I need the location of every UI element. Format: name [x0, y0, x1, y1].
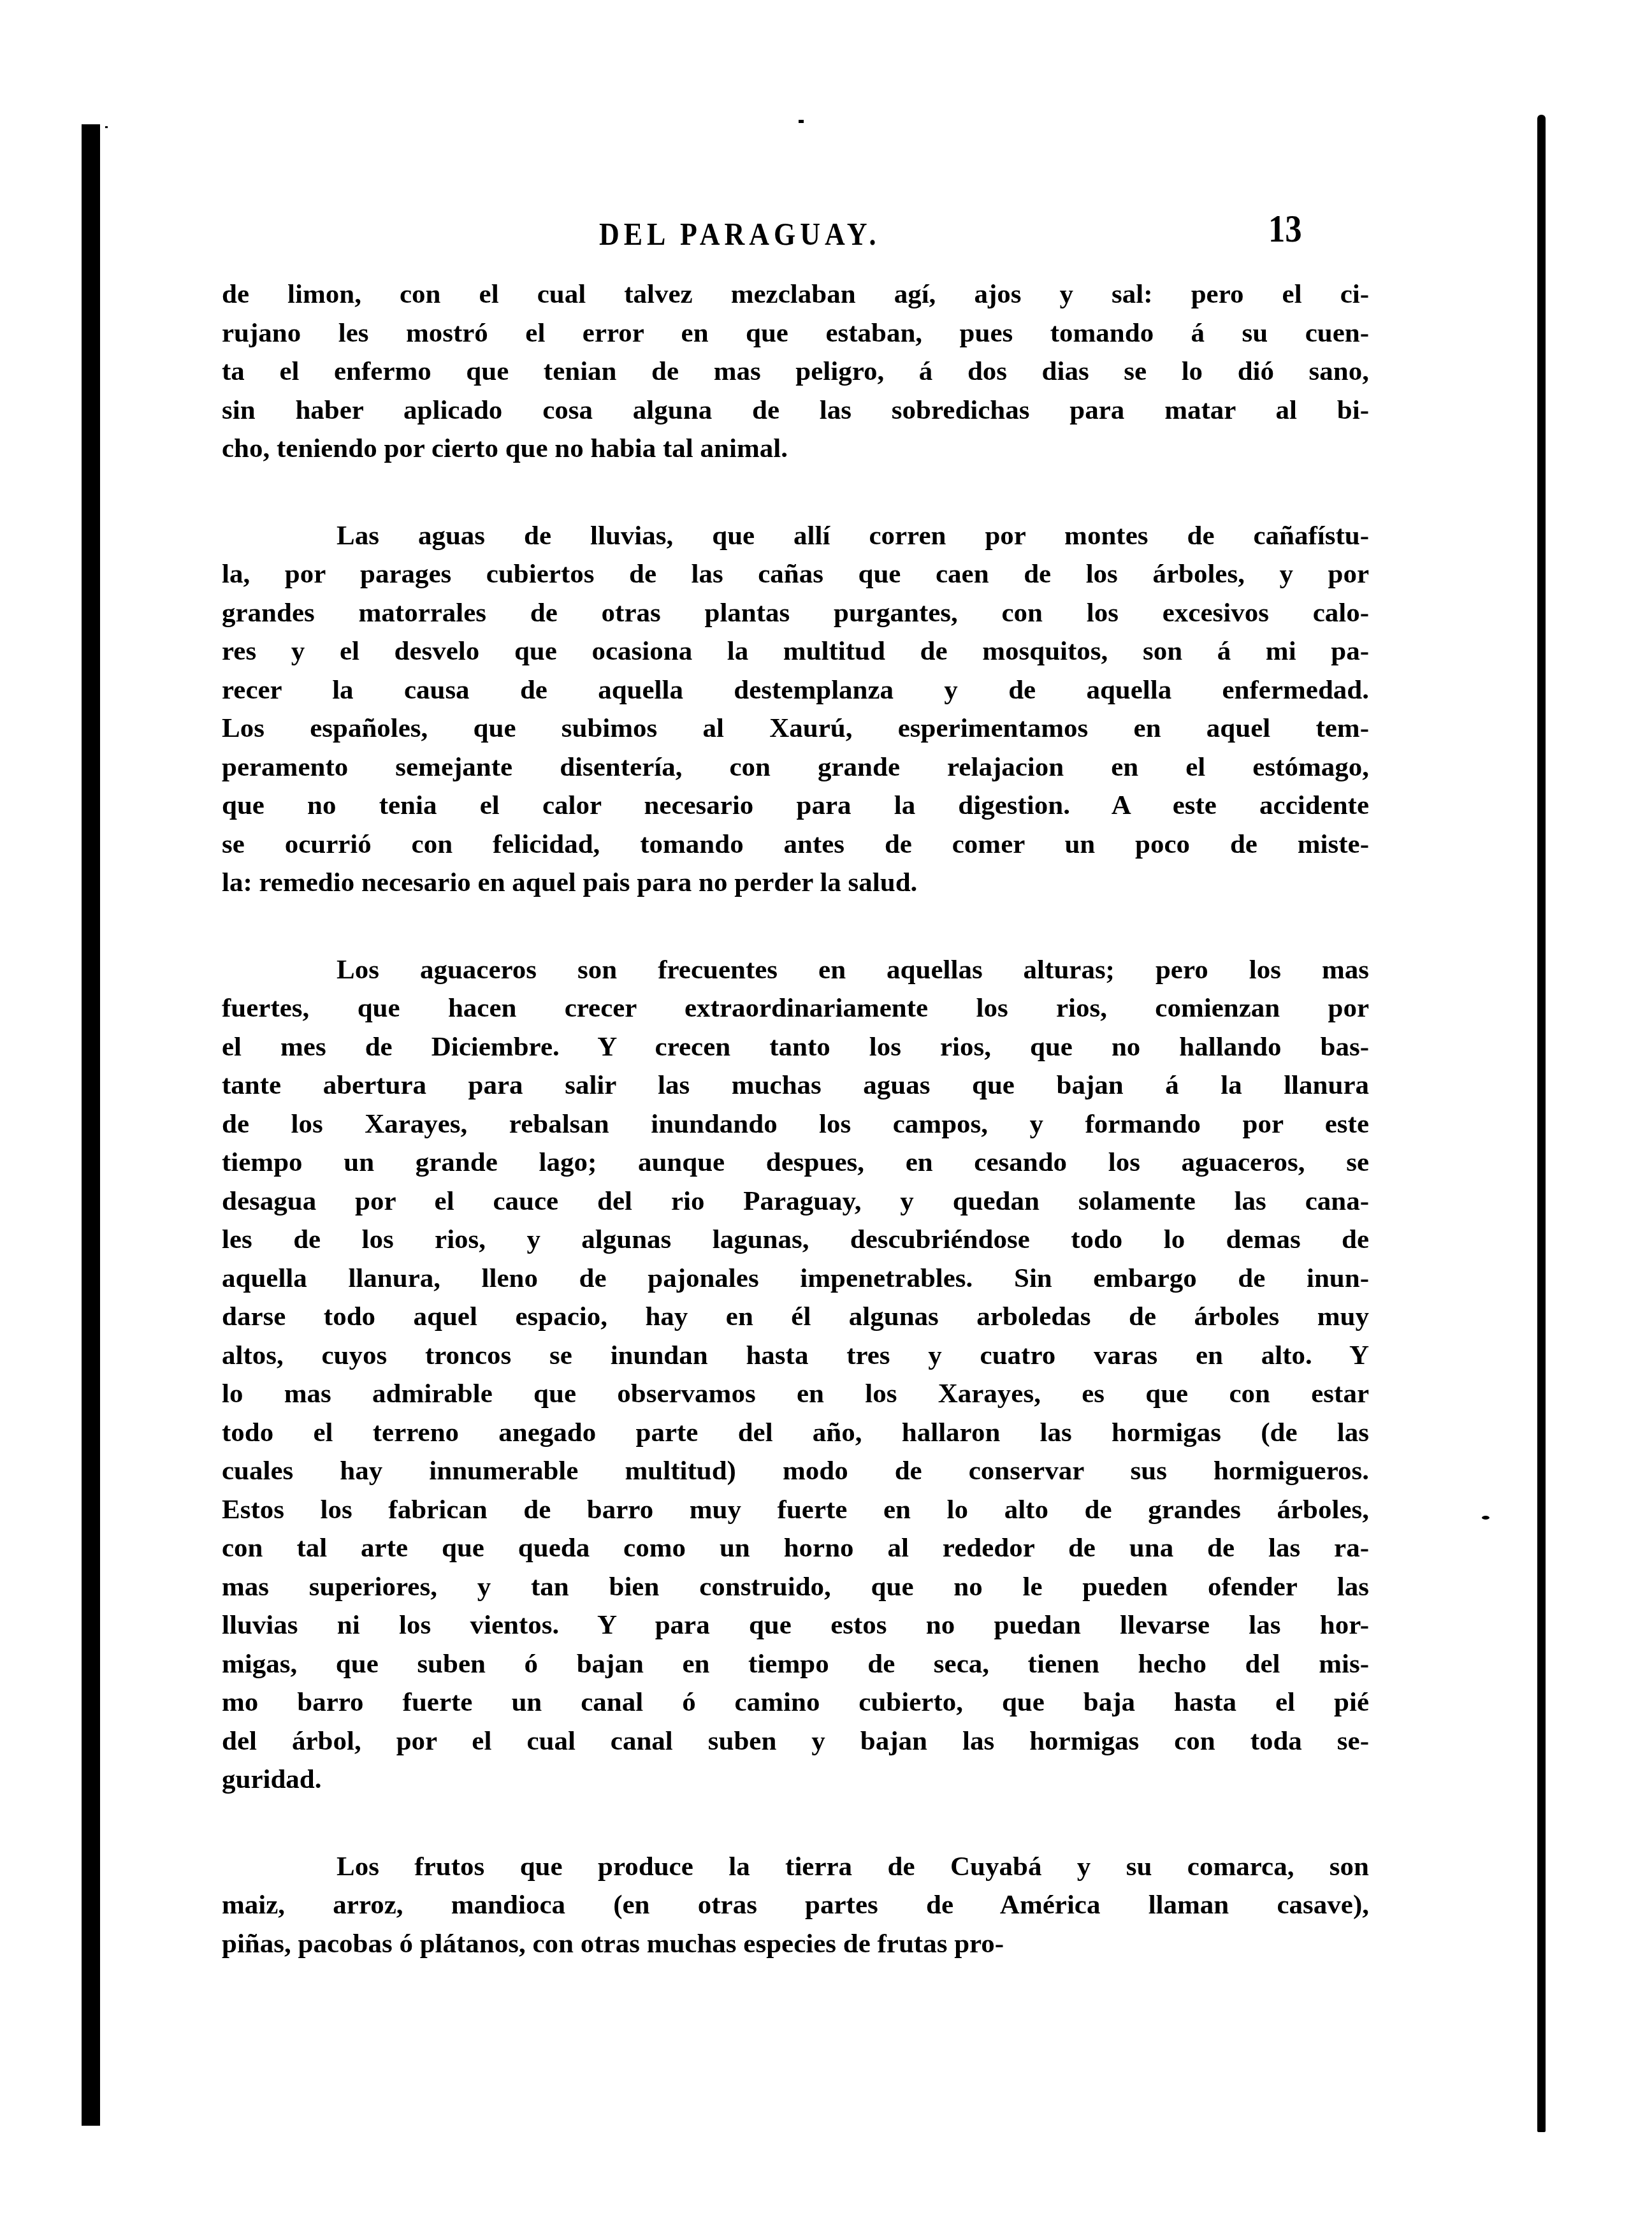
text-line: Los frutos que produce la tierra de Cuya…: [222, 1848, 1369, 1887]
text-line: peramento semejante disentería, con gran…: [222, 748, 1369, 787]
paragraph: Las aguas de lluvias, que allí corren po…: [222, 517, 1369, 903]
left-page-edge-shadow: [82, 124, 100, 2126]
text-line: cuales hay innumerable multitud) modo de…: [222, 1452, 1369, 1491]
page-number: 13: [1268, 207, 1302, 252]
text-line: mo barro fuerte un canal ó camino cubier…: [222, 1683, 1369, 1722]
text-line: grandes matorrales de otras plantas purg…: [222, 594, 1369, 633]
text-line: Las aguas de lluvias, que allí corren po…: [222, 517, 1369, 556]
scan-speck: [105, 126, 108, 128]
page-header: DEL PARAGUAY. 13: [0, 210, 1652, 261]
text-line: de los Xarayes, rebalsan inundando los c…: [222, 1105, 1369, 1144]
text-line: mas superiores, y tan bien construido, q…: [222, 1568, 1369, 1607]
text-line: piñas, pacobas ó plátanos, con otras muc…: [222, 1925, 1369, 1964]
text-line: lo mas admirable que observamos en los X…: [222, 1375, 1369, 1414]
text-line: altos, cuyos troncos se inundan hasta tr…: [222, 1337, 1369, 1376]
paragraph-spacing: [222, 468, 1369, 517]
text-line: tiempo un grande lago; aunque despues, e…: [222, 1143, 1369, 1182]
text-line: Los españoles, que subimos al Xaurú, esp…: [222, 709, 1369, 748]
paragraph-spacing: [222, 903, 1369, 951]
scan-speck: [799, 120, 804, 123]
text-line: guridad.: [222, 1760, 1369, 1799]
paragraph: Los aguaceros son frecuentes en aquellas…: [222, 951, 1369, 1799]
paragraph: Los frutos que produce la tierra de Cuya…: [222, 1848, 1369, 1964]
text-line: sin haber aplicado cosa alguna de las so…: [222, 391, 1369, 430]
text-line: Estos los fabrican de barro muy fuerte e…: [222, 1491, 1369, 1530]
text-line: del árbol, por el cual canal suben y baj…: [222, 1722, 1369, 1761]
text-line: cho, teniendo por cierto que no habia ta…: [222, 430, 1369, 468]
text-line: ta el enfermo que tenian de mas peligro,…: [222, 352, 1369, 391]
text-line: tante abertura para salir las muchas agu…: [222, 1066, 1369, 1105]
text-line: migas, que suben ó bajan en tiempo de se…: [222, 1645, 1369, 1684]
text-line: recer la causa de aquella destemplanza y…: [222, 671, 1369, 710]
text-line: les de los rios, y algunas lagunas, desc…: [222, 1221, 1369, 1260]
text-line: darse todo aquel espacio, hay en él algu…: [222, 1298, 1369, 1337]
text-line: la, por parages cubiertos de las cañas q…: [222, 555, 1369, 594]
text-line: con tal arte que queda como un horno al …: [222, 1529, 1369, 1568]
text-line: se ocurrió con felicidad, tomando antes …: [222, 825, 1369, 864]
text-line: de limon, con el cual talvez mezclaban a…: [222, 275, 1369, 314]
text-line: maiz, arroz, mandioca (en otras partes d…: [222, 1886, 1369, 1925]
right-page-edge-shadow: [1537, 115, 1546, 2132]
text-line: aquella llanura, lleno de pajonales impe…: [222, 1260, 1369, 1298]
text-line: la: remedio necesario en aquel pais para…: [222, 864, 1369, 903]
body-text: de limon, con el cual talvez mezclaban a…: [222, 275, 1369, 1963]
text-line: todo el terreno anegado parte del año, h…: [222, 1414, 1369, 1453]
text-line: lluvias ni los vientos. Y para que estos…: [222, 1606, 1369, 1645]
text-line: que no tenia el calor necesario para la …: [222, 787, 1369, 825]
text-line: desagua por el cauce del rio Paraguay, y…: [222, 1182, 1369, 1221]
text-line: res y el desvelo que ocasiona la multitu…: [222, 632, 1369, 671]
text-line: Los aguaceros son frecuentes en aquellas…: [222, 951, 1369, 990]
scanned-book-page: DEL PARAGUAY. 13 de limon, con el cual t…: [0, 0, 1652, 2236]
text-line: fuertes, que hacen crecer extraordinaria…: [222, 989, 1369, 1028]
text-line: rujano les mostró el error en que estaba…: [222, 314, 1369, 353]
text-line: el mes de Diciembre. Y crecen tanto los …: [222, 1028, 1369, 1067]
margin-ink-mark: [1482, 1516, 1489, 1520]
paragraph-spacing: [222, 1799, 1369, 1848]
paragraph: de limon, con el cual talvez mezclaban a…: [222, 275, 1369, 468]
running-head: DEL PARAGUAY.: [599, 215, 880, 253]
